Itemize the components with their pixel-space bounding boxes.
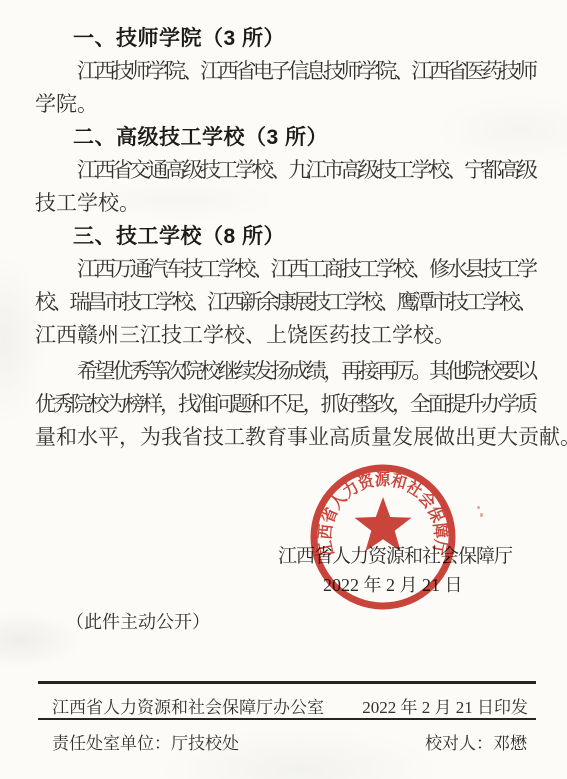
para-line: 校、瑞昌市技工学校、江西新余康展技工学校、鹰潭市技工学校、 [35,286,538,319]
section-heading-3: 三、技工学校（8 所） [35,220,538,253]
section-heading-2: 二、高级技工学校（3 所） [35,121,538,154]
footer-proofreader: 校对人：邓懋 [425,729,527,754]
footer-print-date: 2022 年 2 月 21 日印发 [362,693,528,718]
footer-office: 江西省人力资源和社会保障厅办公室 [52,693,324,718]
footer-divider-top [38,681,536,684]
body-text: 一、技师学院（3 所） 江西技师学院、江西省电子信息技师学院、江西省医药技师 学… [35,22,538,454]
para-line: 希望优秀等次院校继续发扬成绩，再接再厉。其他院校要以 [35,355,538,388]
para-line: 江西万通汽车技工学校、江西工商技工学校、修水县技工学 [35,253,538,286]
official-seal: 江西省人力资源和社会保障厅 [295,449,471,625]
para-line: 技工学校。 [35,187,538,220]
footer-divider-bottom [38,718,536,720]
section-heading-1: 一、技师学院（3 所） [35,22,538,55]
ink-speck [480,513,483,517]
para-line: 江西技师学院、江西省电子信息技师学院、江西省医药技师 [35,55,538,88]
star-icon [355,497,412,551]
para-line: 江西赣州三江技工学校、上饶医药技工学校。 [35,319,538,352]
para-line: 江西省交通高级技工学校、九江市高级技工学校、宁都高级 [35,154,538,187]
ink-speck [477,506,480,509]
para-line: 学院。 [35,88,538,121]
disclosure-note: （此件主动公开） [66,608,210,634]
footer-responsible-dept: 责任处室单位：厅技校处 [52,729,239,754]
document-page: 一、技师学院（3 所） 江西技师学院、江西省电子信息技师学院、江西省医药技师 学… [0,0,567,779]
para-line: 优秀院校为榜样，找准问题和不足，抓好整改，全面提升办学质 [35,388,538,421]
